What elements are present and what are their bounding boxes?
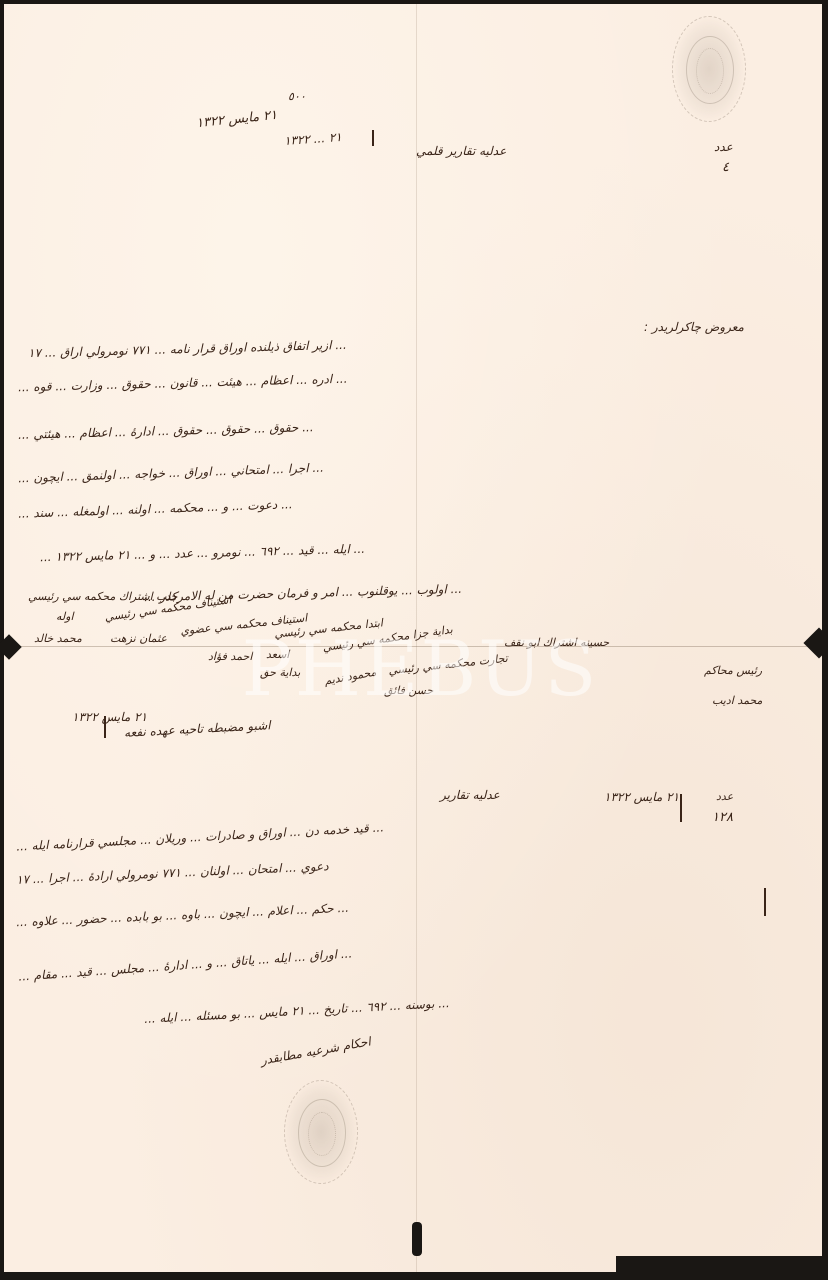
signature-name: محمد اديب xyxy=(712,694,762,707)
footnote-separator xyxy=(104,716,106,738)
document-page: ٥٠٠ ٢١ مايس ١٣٢٢ ٢١ ... ١٣٢٢ عدليه تقاري… xyxy=(4,4,822,1272)
second-ref-number: ١٢٨ xyxy=(712,810,733,825)
signature-name: محمد خالد xyxy=(34,632,82,645)
signature-name: حسن فائق xyxy=(384,684,433,697)
paper-tear-right xyxy=(803,627,828,658)
second-ref-label: عدد xyxy=(716,790,733,803)
body-line: ... اجرا ... امتحاني ... اوراق ... خواجه… xyxy=(18,461,324,486)
horizontal-fold-crease xyxy=(4,646,822,647)
signature-extra: بداية حق xyxy=(260,666,300,679)
signature-title: تجارت محكمه سي رئيسي xyxy=(388,652,509,677)
signature-name: احمد فؤاد xyxy=(208,650,252,663)
footnote-date: ٢١ مايس ١٣٢٢ xyxy=(72,710,147,724)
signature-name: محمود نديم xyxy=(323,666,377,688)
date-separator xyxy=(372,130,374,146)
paper-tear-left xyxy=(0,634,22,659)
body-line: ... حكم ... اعلام ... ايچون ... باوه ...… xyxy=(16,901,349,930)
signature-extra: رئيس محاكم xyxy=(704,664,762,677)
body-line: ... قيد خدمه دن ... اوراق و صادرات ... و… xyxy=(16,820,384,853)
body-line: ... ازير اتفاق ذيلنده اوراق قرار نامه ..… xyxy=(28,338,347,360)
body-line: ... ايله ... قيد ... ٦٩٢ ... نومرو ... ع… xyxy=(40,542,365,565)
body-line: ... دعوت ... و ... محكمه ... اولنه ... ا… xyxy=(18,497,293,521)
paper-tear-bottom-right xyxy=(616,1256,826,1276)
second-date-separator xyxy=(680,794,682,822)
header-date-hijri: ٢١ ... ١٣٢٢ xyxy=(284,130,343,148)
body-line: دعوي ... امتحان ... اولنان ... ٧٧١ نومرو… xyxy=(16,859,329,887)
closing-line: احكام شرعيه مطابقدر xyxy=(260,1034,372,1067)
signature-name: عثمان نزهت xyxy=(110,632,167,645)
body-line: ... حقوق ... حقوق ... حقوق ... ادارهٔ ..… xyxy=(18,420,314,442)
line-marker xyxy=(764,888,766,916)
embossed-seal-icon xyxy=(672,16,746,122)
second-date: ٢١ مايس ١٣٢٢ xyxy=(604,790,679,804)
page-number: ٥٠٠ xyxy=(288,90,306,103)
body-line: ... ادره ... اعظام ... هيئت ... قانون ..… xyxy=(18,372,348,395)
header-office: عدليه تقارير قلمي xyxy=(416,144,506,158)
body-line: ... اوراق ... ايله ... ياتاق ... و ... ا… xyxy=(18,946,353,983)
second-office: عدليه تقارير xyxy=(440,788,500,802)
embossed-seal-icon xyxy=(284,1080,358,1184)
signature-role: اوله xyxy=(56,610,74,623)
salutation: معروض چاكرلريدر : xyxy=(644,320,744,334)
signature-title: حسينه اشتراك ابو نقف xyxy=(504,636,609,649)
signature-name: اسعد xyxy=(266,648,289,661)
signature-title: جلب اشتراك محكمه سي رئيسي xyxy=(28,590,177,603)
body-line: ... بوسنه ... ٦٩٢ ... تاريخ ... ٢١ مايس … xyxy=(144,996,450,1026)
header-date-gregorian: ٢١ مايس ١٣٢٢ xyxy=(195,108,277,131)
paper-tear-bottom-middle xyxy=(412,1222,422,1256)
header-ref-label: عدد xyxy=(714,140,733,154)
header-ref-number: ٤ xyxy=(722,160,729,175)
